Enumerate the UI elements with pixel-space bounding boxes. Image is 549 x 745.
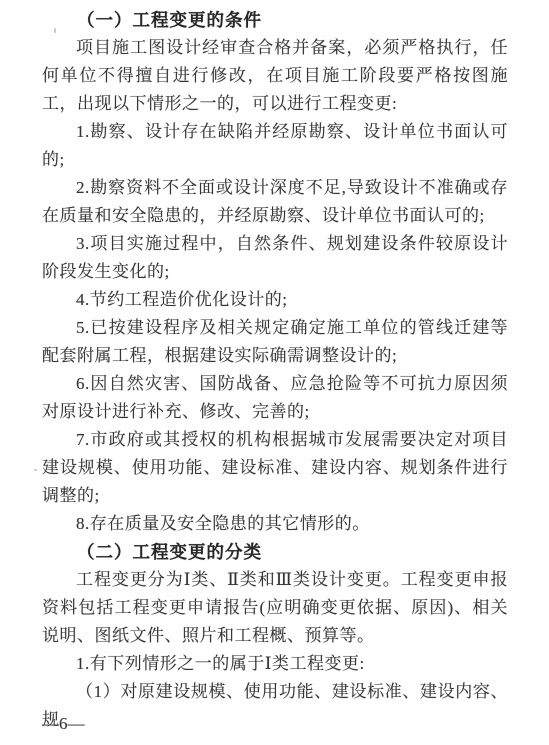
scan-speck [34,469,37,471]
condition-item-7: 7.市政府或其授权的机构根据城市发展需要决定对项目建设规模、使用功能、建设标准、… [42,426,508,510]
condition-item-1: 1.勘察、设计存在缺陷并经原勘察、设计单位书面认可的; [42,118,508,174]
document-text-block: （一）工程变更的条件 项目施工图设计经审查合格并备案，必须严格执行，任何单位不得… [42,6,508,734]
scan-speck [54,28,56,33]
condition-item-5: 5.已按建设程序及相关规定确定施工单位的管线迁建等配套附属工程，根据建设实际确需… [42,314,508,370]
classification-paragraph: 工程变更分为Ⅰ类、Ⅱ类和Ⅲ类设计变更。工程变更申报资料包括工程变更申请报告(应明… [42,566,508,650]
condition-item-3: 3.项目实施过程中，自然条件、规划建设条件较原设计阶段发生变化的; [42,230,508,286]
document-page: （一）工程变更的条件 项目施工图设计经审查合格并备案，必须严格执行，任何单位不得… [0,0,549,745]
class1-item-1: （1）对原建设规模、使用功能、建设标准、建设内容、规 [42,678,508,734]
condition-item-2: 2.勘察资料不全面或设计深度不足,导致设计不准确或存在质量和安全隐患的，并经原勘… [42,174,508,230]
section-heading-2: （二）工程变更的分类 [42,538,508,566]
page-number: —6— [42,710,85,738]
condition-item-6: 6.因自然灾害、国防战备、应急抢险等不可抗力原因须对原设计进行补充、修改、完善的… [42,370,508,426]
intro-paragraph: 项目施工图设计经审查合格并备案，必须严格执行，任何单位不得擅自进行修改，在项目施… [42,34,508,118]
section-heading-1: （一）工程变更的条件 [42,6,508,34]
class1-intro: 1.有下列情形之一的属于Ⅰ类工程变更: [42,650,508,678]
condition-item-8: 8.存在质量及安全隐患的其它情形的。 [42,510,508,538]
scan-speck [53,152,55,158]
condition-item-4: 4.节约工程造价优化设计的; [42,286,508,314]
